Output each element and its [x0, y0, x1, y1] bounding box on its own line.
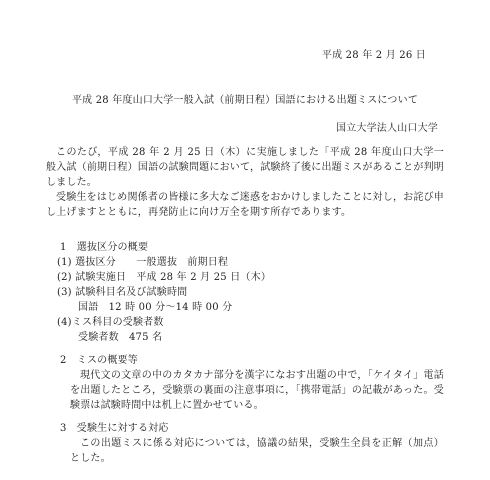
section-3-heading: 3 受験生に対する対応 — [60, 421, 444, 436]
section-2-body: 現代文の文章の中のカタカナ部分を漢字になおす出題の中で，「ケイタイ」電話を出題し… — [70, 368, 444, 413]
document-page: 平成 28 年 2 月 26 日 平成 28 年度山口大学一般入試（前期日程）国… — [0, 0, 490, 480]
section-2: 2 ミスの概要等 現代文の文章の中のカタカナ部分を漢字になおす出題の中で，「ケイ… — [46, 353, 444, 413]
section-1-heading: 1 選抜区分の概要 — [60, 240, 444, 255]
intro-paragraph-2: 受験生をはじめ関係者の皆様に多大なご迷惑をおかけしましたことに対し，お詫び申し上… — [46, 190, 444, 220]
organization-name: 国立大学法人山口大学 — [46, 121, 444, 136]
intro-paragraph-1: このたび，平成 28 年 2 月 25 日（木）に実施しました「平成 28 年度… — [46, 145, 444, 190]
section-1-item-selection-category: (1) 選抜区分 一般選抜 前期日程 — [57, 255, 444, 270]
document-title: 平成 28 年度山口大学一般入試（前期日程）国語における出題ミスについて — [46, 93, 444, 108]
section-1-subitem-subject-time: 国語 12 時 00 分～14 時 00 分 — [78, 300, 444, 315]
section-2-heading: 2 ミスの概要等 — [60, 353, 444, 368]
document-content: 平成 28 年 2 月 26 日 平成 28 年度山口大学一般入試（前期日程）国… — [46, 48, 444, 466]
section-1-subitem-examinee-count: 受験者数 475 名 — [78, 330, 444, 345]
intro-paragraphs: このたび，平成 28 年 2 月 25 日（木）に実施しました「平成 28 年度… — [46, 145, 444, 220]
section-3: 3 受験生に対する対応 この出題ミスに係る対応については，協議の結果，受験生全員… — [46, 421, 444, 466]
document-date: 平成 28 年 2 月 26 日 — [46, 48, 444, 63]
section-1-item-subject-and-time: (3) 試験科目名及び試験時間 — [57, 285, 444, 300]
section-1-item-examinee-count-label: (4)ミス科目の受験者数 — [57, 315, 444, 330]
section-3-body: この出題ミスに係る対応については，協議の結果，受験生全員を正解（加点）とした。 — [70, 436, 444, 466]
section-1: 1 選抜区分の概要 (1) 選抜区分 一般選抜 前期日程 (2) 試験実施日 平… — [46, 240, 444, 345]
section-1-item-exam-date: (2) 試験実施日 平成 28 年 2 月 25 日（木） — [57, 270, 444, 285]
